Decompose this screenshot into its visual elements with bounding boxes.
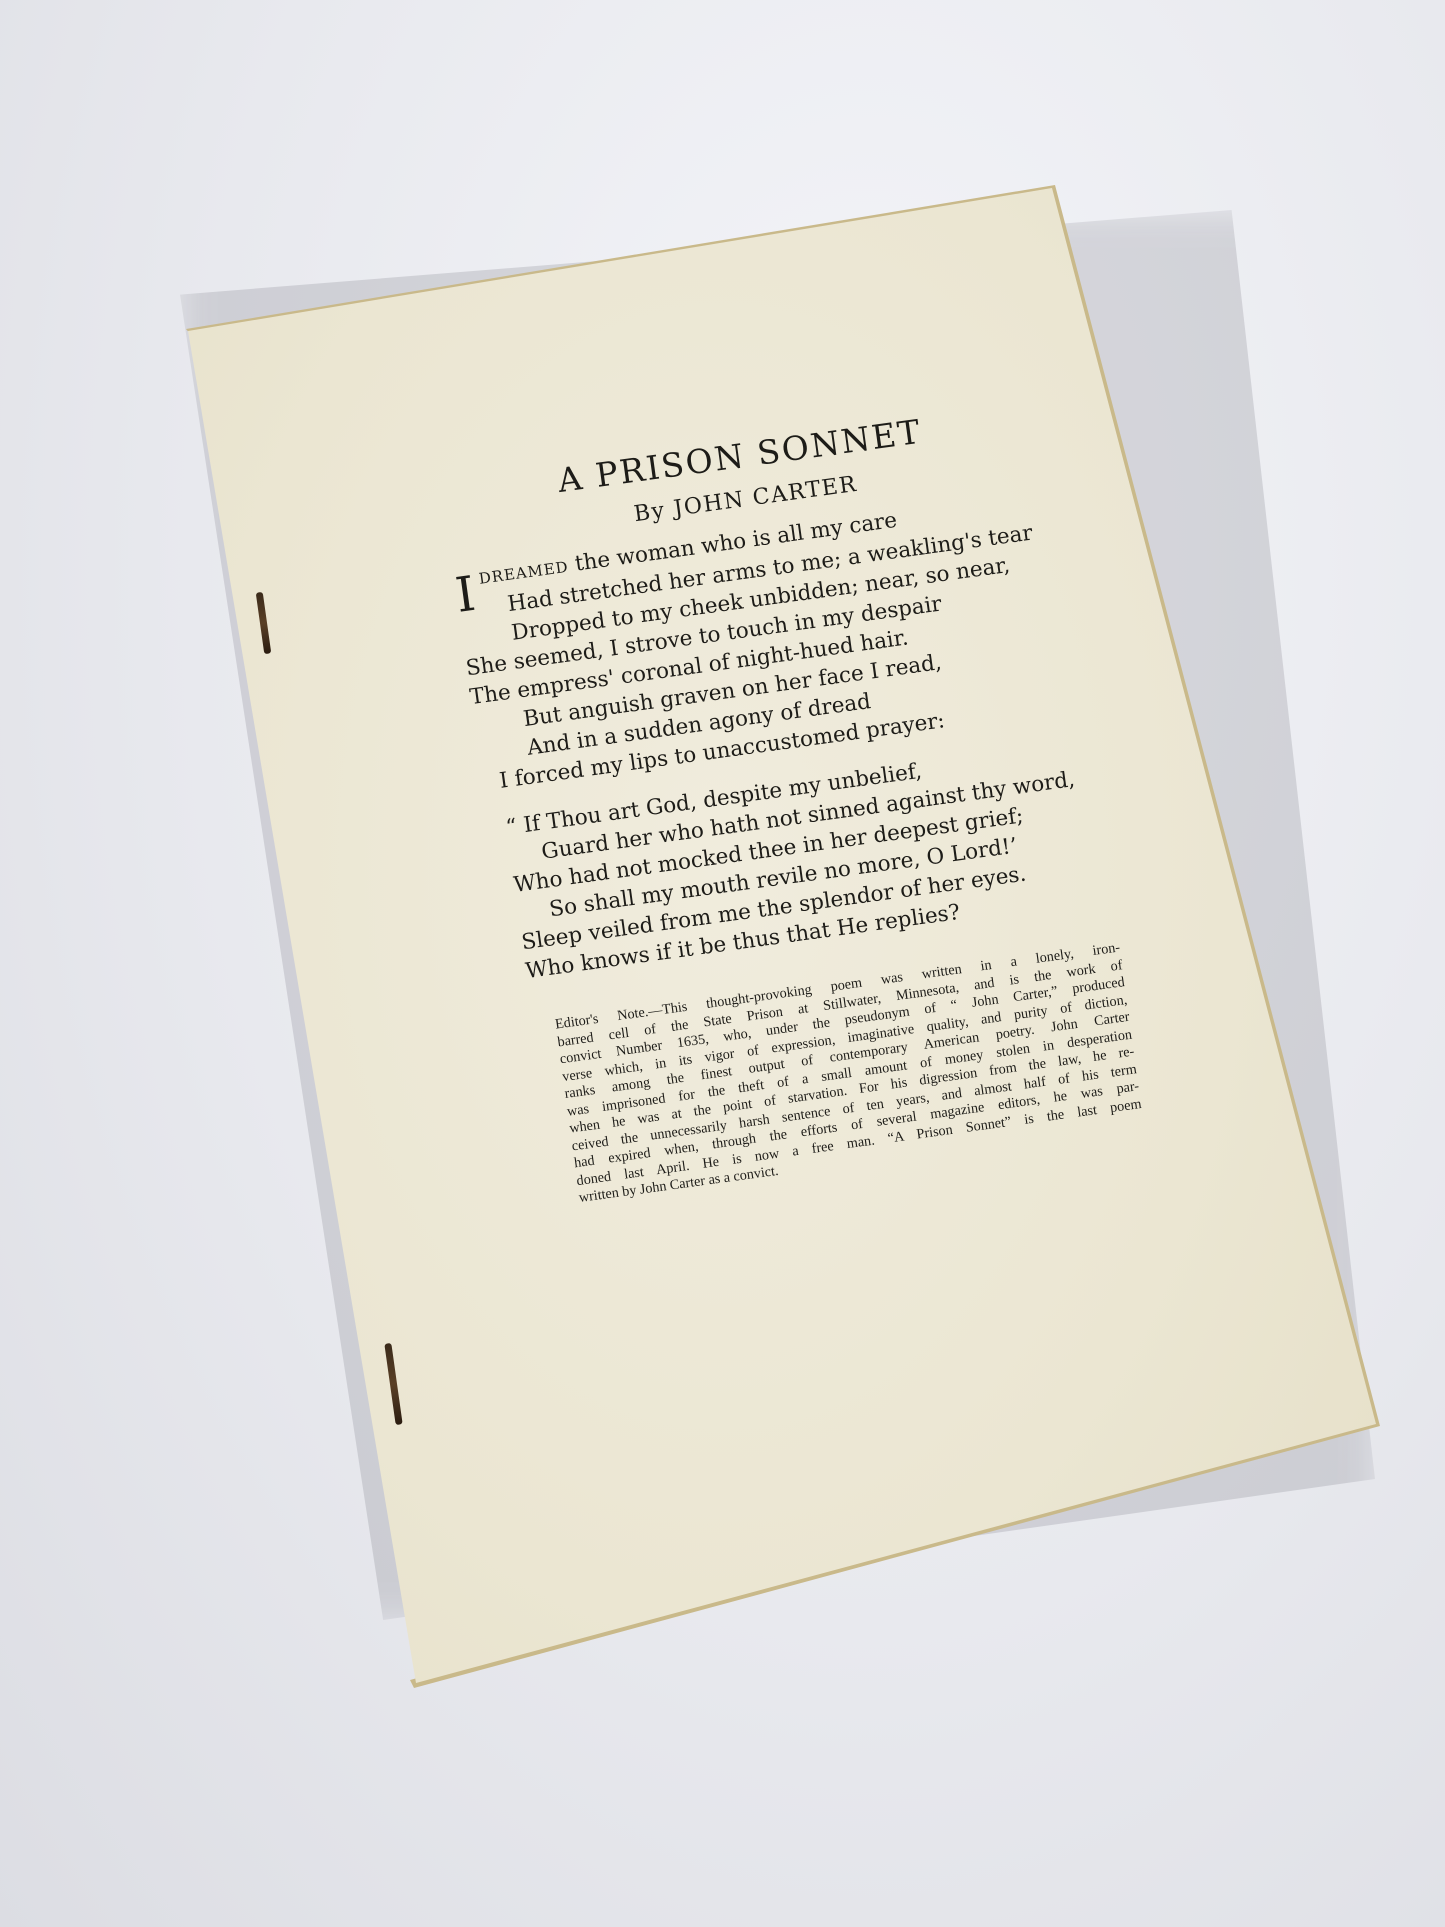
poem-body: I DREAMED the woman who is all my care H… xyxy=(432,482,1124,991)
page-content: A PRISON SONNET By JOHN CARTER I DREAMED… xyxy=(420,393,1155,1215)
pamphlet: A PRISON SONNET By JOHN CARTER I DREAMED… xyxy=(0,0,1445,1927)
